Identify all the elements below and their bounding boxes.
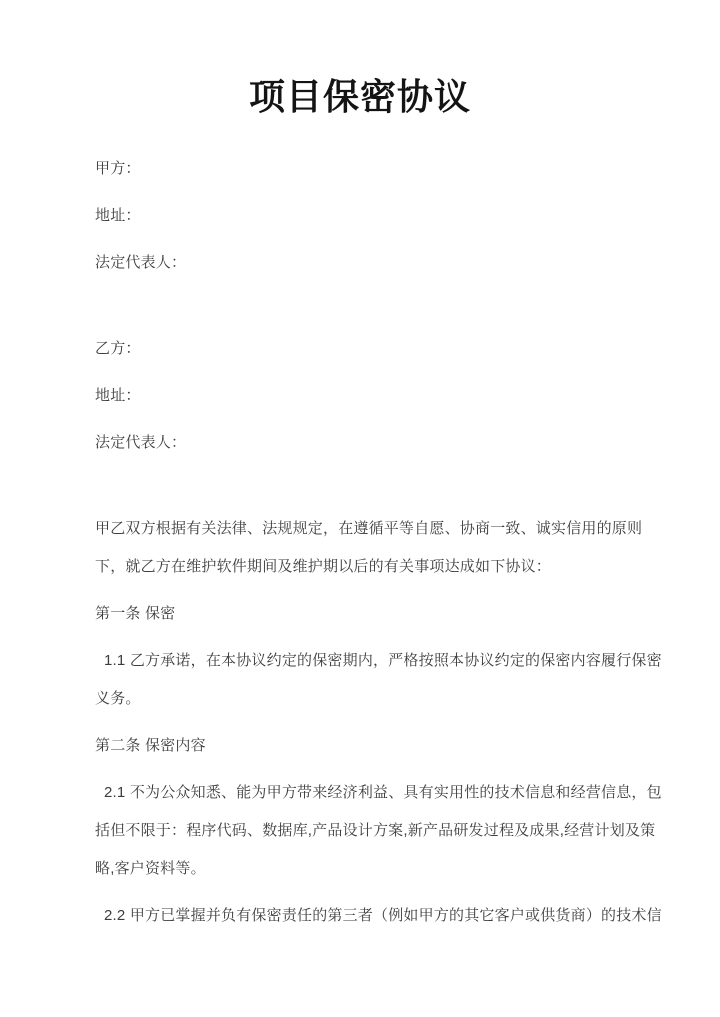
party-b-label: 乙方： <box>95 330 625 368</box>
party-b-representative-label: 法定代表人： <box>95 424 625 462</box>
clause-2-1-line-3: 略,客户资料等。 <box>95 850 625 888</box>
clause-2-1: 2.1 不为公众知悉、能为甲方带来经济利益、具有实用性的技术信息和经营信息，包 … <box>95 774 625 888</box>
party-a-address-label: 地址： <box>95 197 625 235</box>
party-a-label: 甲方： <box>95 150 625 188</box>
preamble-line-1: 甲乙双方根据有关法律、法规规定，在遵循平等自愿、协商一致、诚实信用的原则 <box>95 510 625 548</box>
party-a-address: 地址： <box>95 197 625 235</box>
party-a-name: 甲方： <box>95 150 625 188</box>
clause-1-1: 1.1 乙方承诺，在本协议约定的保密期内，严格按照本协议约定的保密内容履行保密 … <box>95 642 625 718</box>
clause-1-1-line-2: 义务。 <box>95 680 625 718</box>
party-b-address-label: 地址： <box>95 377 625 415</box>
article-1-heading-text: 第一条 保密 <box>95 595 625 633</box>
article-2-heading-text: 第二条 保密内容 <box>95 727 625 765</box>
party-a-representative-label: 法定代表人： <box>95 244 625 282</box>
clause-2-1-line-2: 括但不限于：程序代码、数据库,产品设计方案,新产品研发过程及成果,经营计划及策 <box>95 812 625 850</box>
party-b-address: 地址： <box>95 377 625 415</box>
clause-2-1-line-1: 2.1 不为公众知悉、能为甲方带来经济利益、具有实用性的技术信息和经营信息，包 <box>95 774 625 812</box>
article-2-heading: 第二条 保密内容 <box>95 727 625 765</box>
preamble-paragraph: 甲乙双方根据有关法律、法规规定，在遵循平等自愿、协商一致、诚实信用的原则 下，就… <box>95 510 625 586</box>
document-body: 甲方： 地址： 法定代表人： 乙方： 地址： 法定代表人： 甲乙双方根据有关法律… <box>0 150 720 935</box>
clause-2-2: 2.2 甲方已掌握并负有保密责任的第三者（例如甲方的其它客户或供货商）的技术信 <box>95 897 625 935</box>
party-b-representative: 法定代表人： <box>95 424 625 462</box>
clause-1-1-line-1: 1.1 乙方承诺，在本协议约定的保密期内，严格按照本协议约定的保密内容履行保密 <box>95 642 625 680</box>
party-a-representative: 法定代表人： <box>95 244 625 282</box>
article-1-heading: 第一条 保密 <box>95 595 625 633</box>
clause-2-2-line-1: 2.2 甲方已掌握并负有保密责任的第三者（例如甲方的其它客户或供货商）的技术信 <box>95 897 625 935</box>
preamble-line-2: 下，就乙方在维护软件期间及维护期以后的有关事项达成如下协议： <box>95 548 625 586</box>
party-b-name: 乙方： <box>95 330 625 368</box>
document-title: 项目保密协议 <box>0 73 720 120</box>
document-page: 项目保密协议 甲方： 地址： 法定代表人： 乙方： 地址： 法定代表人： 甲乙双… <box>0 0 720 1017</box>
